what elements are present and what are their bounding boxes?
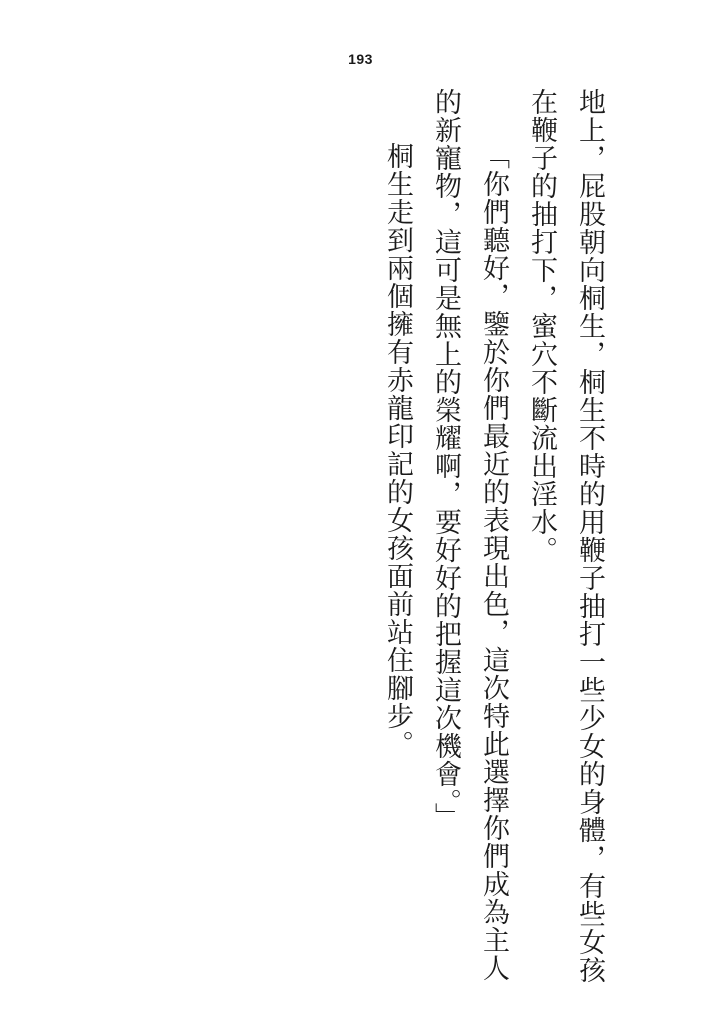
book-page: 193 地上，屁股朝向桐生，桐生不時的用鞭子抽打一些少女的身體，有些女孩在鞭子的… xyxy=(0,0,721,1020)
paragraph-3: 桐生走到兩個擁有赤龍印記的女孩面前站住腳步。 xyxy=(374,88,422,988)
paragraph-1: 地上，屁股朝向桐生，桐生不時的用鞭子抽打一些少女的身體，有些女孩在鞭子的抽打下，… xyxy=(518,88,614,988)
vertical-text-block: 地上，屁股朝向桐生，桐生不時的用鞭子抽打一些少女的身體，有些女孩在鞭子的抽打下，… xyxy=(374,88,614,988)
page-number: 193 xyxy=(0,51,721,67)
paragraph-2: 「你們聽好，鑒於你們最近的表現出色，這次特此選擇你們成為主人的新寵物，這可是無上… xyxy=(422,88,518,988)
